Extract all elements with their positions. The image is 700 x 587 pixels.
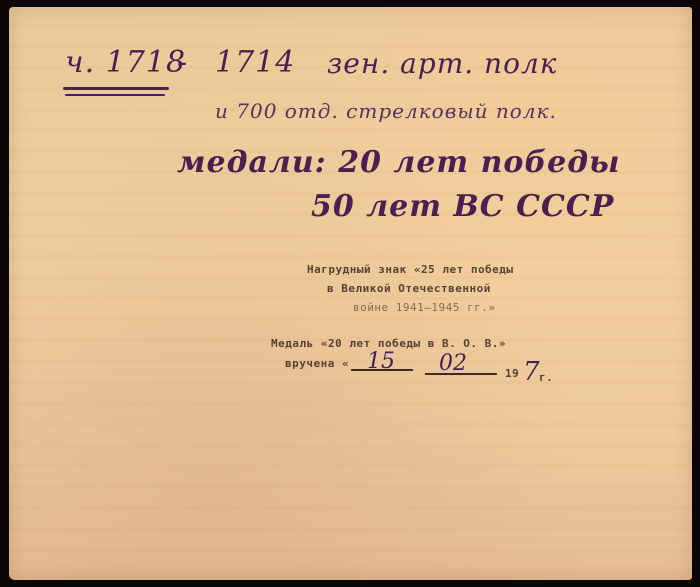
- handwritten-second-unit: и 700 отд. стрелковый полк.: [215, 99, 557, 123]
- date-blank-line-day: [351, 369, 413, 371]
- date-blank-line-month: [425, 373, 497, 375]
- stamp-year-suffix: г.: [539, 371, 553, 384]
- stamp-badge-line-3: войне 1941—1945 гг.»: [353, 301, 495, 314]
- document-paper: ч. 1718 - 1714 зен. арт. полк и 700 отд.…: [9, 7, 692, 580]
- stamp-badge-line-1: Нагрудный знак «25 лет победы: [307, 263, 514, 276]
- handwritten-regiment-number: 1714: [215, 45, 295, 80]
- handwritten-year-digit: 7: [523, 357, 540, 387]
- stamp-medal-handed-label: вручена «: [285, 357, 349, 370]
- handwritten-dash: -: [177, 45, 188, 80]
- handwritten-medals-line: медали: 20 лет победы: [177, 145, 621, 180]
- handwritten-regiment-name: зен. арт. полк: [327, 47, 558, 80]
- unit-code-underline: [63, 87, 169, 90]
- handwritten-unit-code: ч. 1718: [65, 45, 186, 80]
- handwritten-armed-forces-line: 50 лет ВС СССР: [311, 189, 614, 224]
- stamp-badge-line-2: в Великой Отечественной: [327, 282, 491, 295]
- unit-code-underline-2: [65, 94, 165, 96]
- stamp-year-prefix: 19: [505, 367, 519, 380]
